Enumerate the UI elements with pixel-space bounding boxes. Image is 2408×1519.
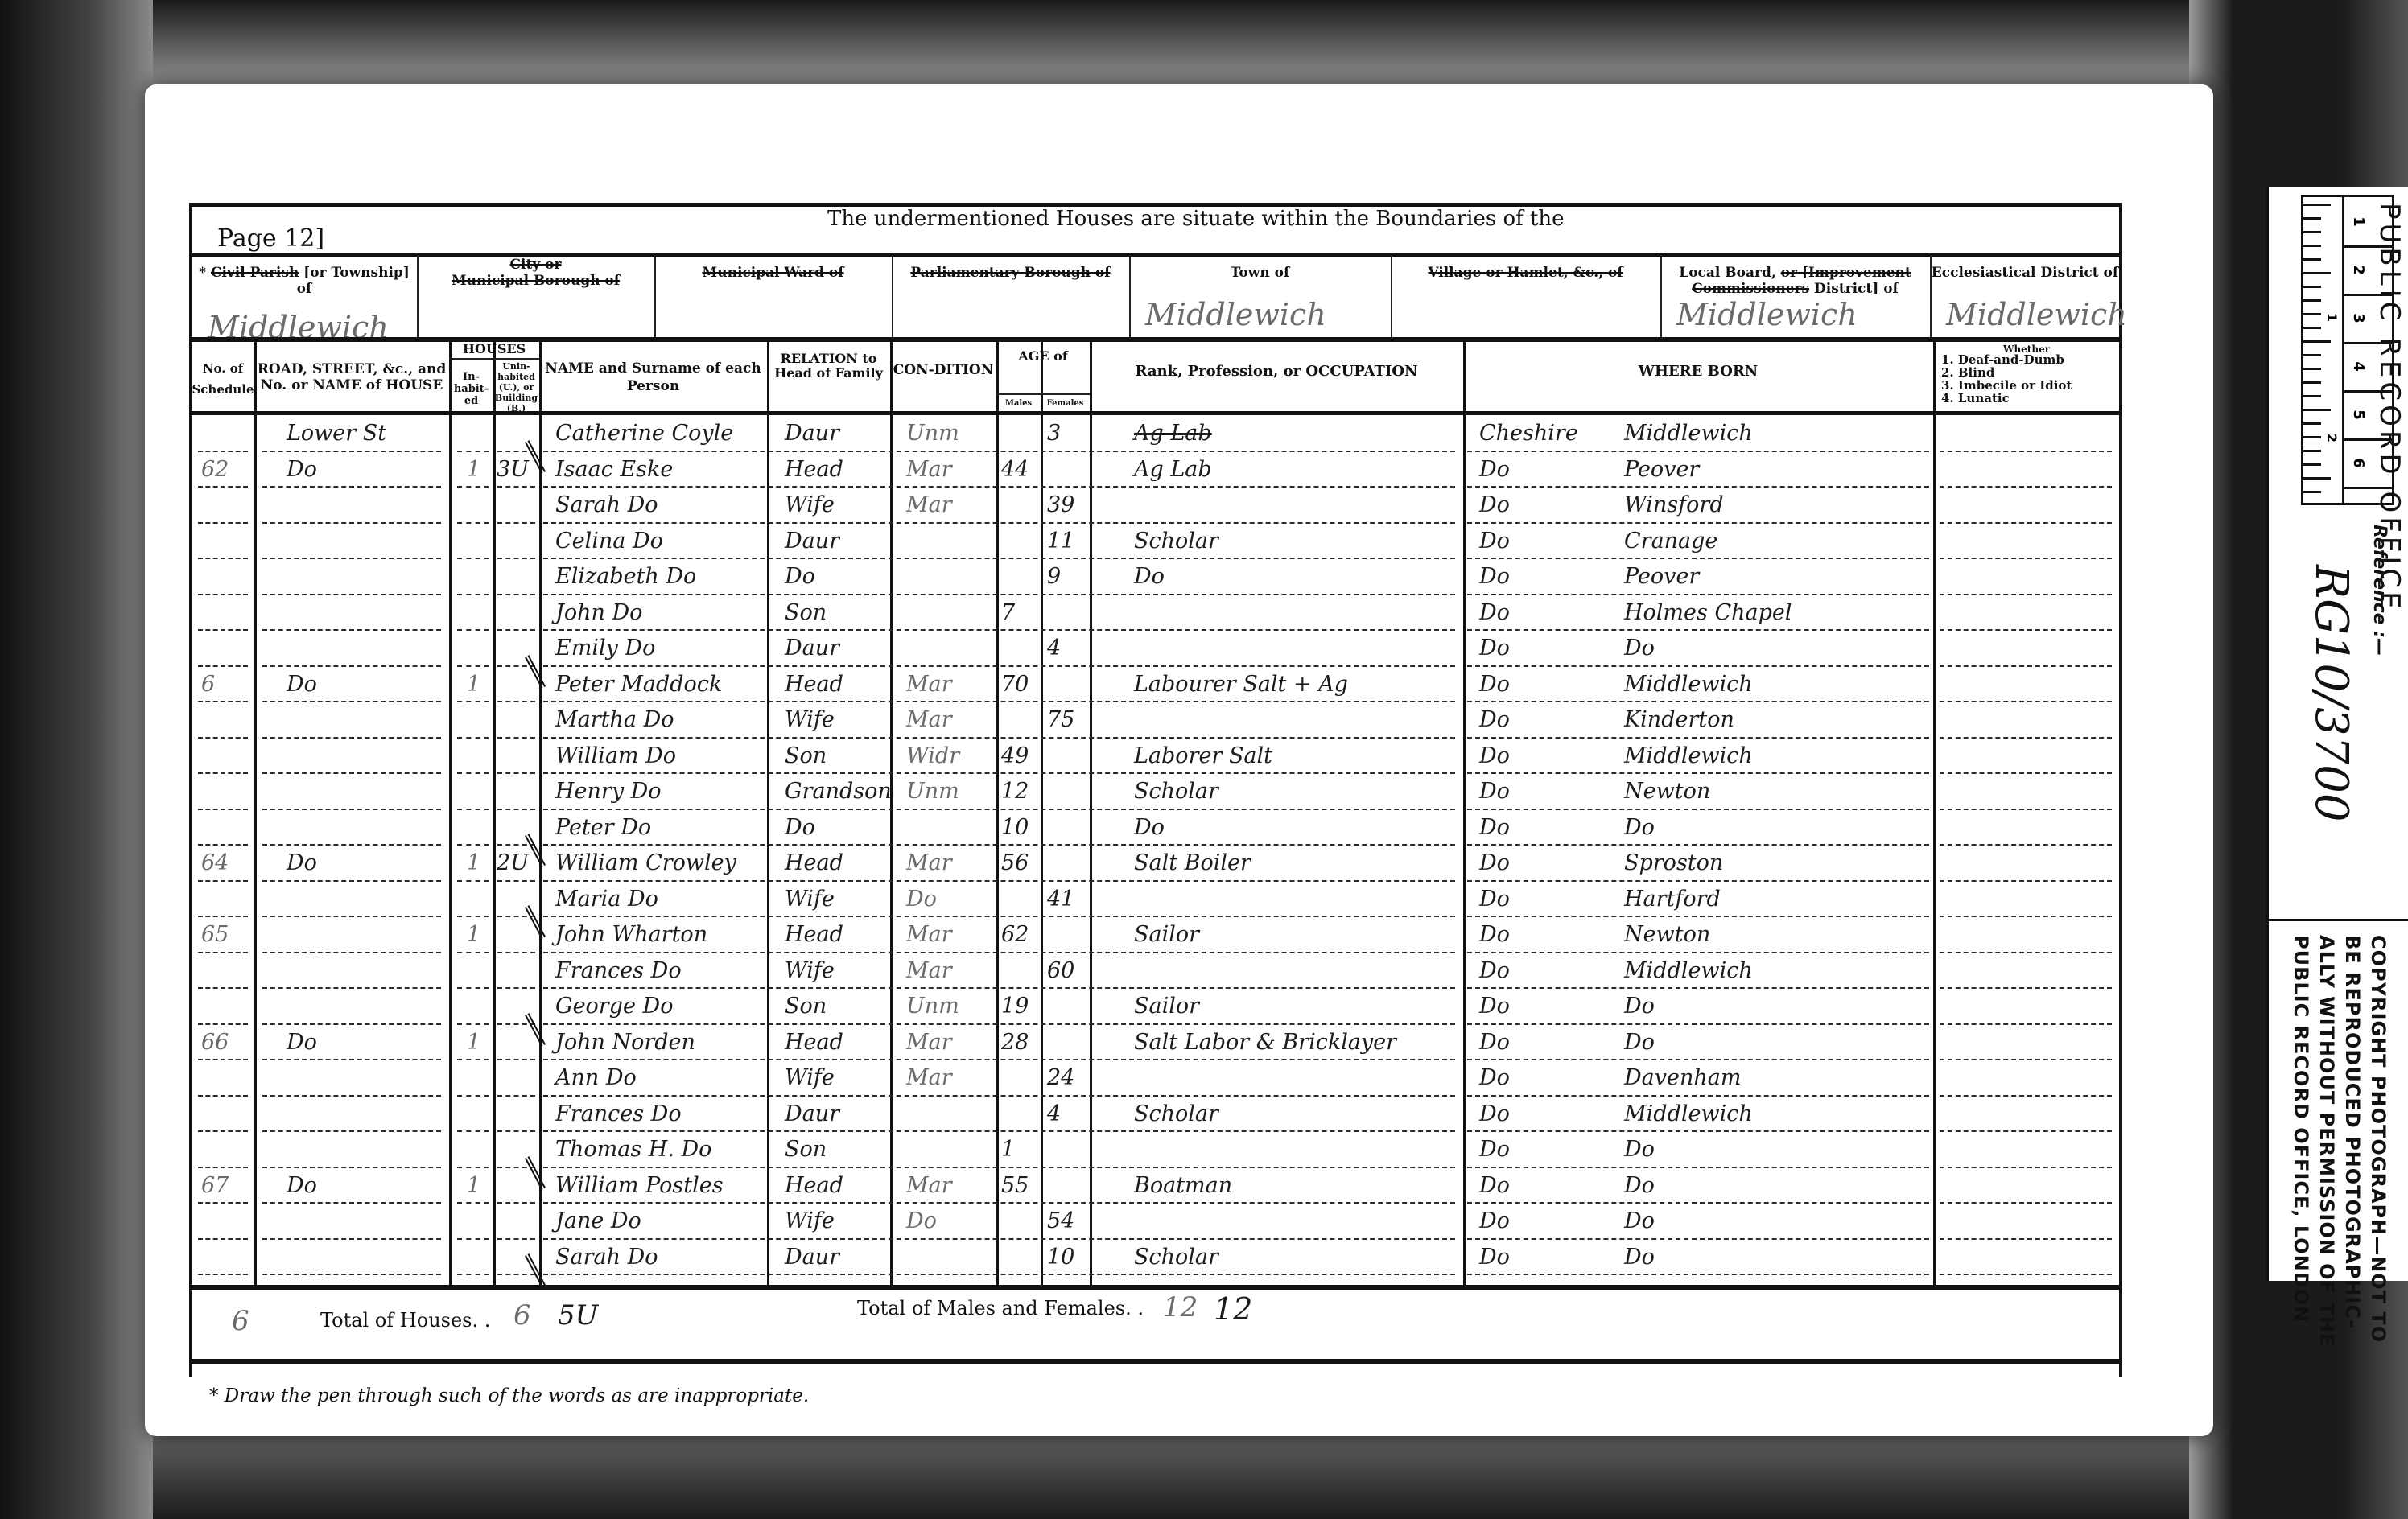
born-place-cell: Do — [1624, 994, 1930, 1019]
row-rule — [1940, 987, 2112, 989]
row-rule — [497, 701, 535, 702]
header-age: AGE of — [996, 348, 1090, 364]
row-rule — [497, 594, 535, 595]
divider — [192, 411, 2120, 415]
row-rule — [543, 486, 1455, 488]
ruler-cm-line — [2342, 342, 2392, 344]
male-age-cell: 19 — [1001, 994, 1040, 1019]
row-rule — [457, 1202, 489, 1204]
household-separator-mark — [525, 1013, 546, 1047]
male-age-cell: 7 — [1001, 600, 1040, 625]
condition-cell: Do — [906, 887, 995, 912]
copyright-line: BE REPRODUCED PHOTOGRAPHIC- — [2341, 935, 2364, 1328]
division-label: * Civil Parish [or Township] of — [192, 265, 417, 297]
row-rule — [497, 772, 535, 774]
occupation-cell: Labourer Salt + Ag — [1134, 672, 1456, 697]
header-inhabited: In-habit-ed — [449, 371, 493, 407]
row-rule — [1467, 737, 1929, 739]
born-place-cell: Middlewich — [1624, 958, 1930, 983]
road-cell: Do — [287, 457, 447, 482]
name-cell: Frances Do — [555, 1101, 773, 1126]
column-divider — [1463, 339, 1466, 1285]
row-rule — [198, 916, 248, 917]
condition-cell: Unm — [906, 779, 995, 804]
name-cell: Isaac Eske — [555, 457, 773, 482]
ruler-inch-label: 1 — [2324, 313, 2340, 322]
name-cell: Frances Do — [555, 958, 773, 983]
row-rule — [1467, 1059, 1929, 1060]
row-rule — [1940, 1059, 2112, 1060]
division-value: Middlewich — [1676, 297, 1858, 332]
ruler-tick — [2303, 245, 2321, 247]
relation-cell: Do — [785, 564, 889, 589]
condition-cell: Mar — [906, 672, 995, 697]
ruler-cm-line — [2342, 390, 2392, 393]
relation-cell: Head — [785, 1030, 889, 1055]
division-label: Local Board, or [Improvement Commissione… — [1660, 265, 1930, 297]
row-rule — [457, 1238, 489, 1240]
inhabited-cell: 1 — [467, 922, 491, 947]
row-rule — [262, 1274, 441, 1275]
division-label: Village or Hamlet, &c., of — [1391, 265, 1660, 281]
occupation-cell: Scholar — [1134, 779, 1456, 804]
row-rule — [457, 809, 489, 810]
label-text: Town of — [1231, 265, 1290, 281]
ruler-tick — [2303, 368, 2321, 370]
row-rule — [457, 665, 489, 667]
name-cell: Martha Do — [555, 707, 773, 732]
name-cell: William Crowley — [555, 850, 773, 875]
row-rule — [198, 987, 248, 989]
division-label: City orMunicipal Borough of — [417, 257, 654, 289]
row-rule — [198, 880, 248, 882]
name-cell: Jane Do — [555, 1208, 773, 1233]
row-rule — [457, 451, 489, 452]
relation-cell: Daur — [785, 529, 889, 554]
row-rule — [497, 558, 535, 559]
row-rule — [543, 629, 1455, 631]
born-county-cell: Do — [1479, 707, 1576, 732]
struck-label: City or — [510, 257, 562, 273]
ruler-cm-line — [2342, 487, 2392, 489]
condition-cell: Mar — [906, 1173, 995, 1198]
ruler-tick — [2303, 436, 2321, 438]
road-cell: Do — [287, 1173, 447, 1198]
row-rule — [262, 772, 441, 774]
copyright-line: COPYRIGHT PHOTOGRAPH—NOT TO — [2367, 935, 2389, 1343]
row-rule — [1467, 701, 1929, 702]
row-rule — [262, 952, 441, 953]
relation-cell: Head — [785, 850, 889, 875]
relation-cell: Daur — [785, 636, 889, 661]
row-rule — [1940, 451, 2112, 452]
row-rule — [198, 486, 248, 488]
occupation-cell: Laborer Salt — [1134, 743, 1456, 768]
name-cell: Thomas H. Do — [555, 1137, 773, 1162]
born-county-cell: Do — [1479, 529, 1576, 554]
photo-border-top — [0, 0, 2408, 97]
row-rule — [1467, 522, 1929, 524]
born-place-cell: Sproston — [1624, 850, 1930, 875]
row-rule — [1940, 809, 2112, 810]
ruler-cm-label: 6 — [2350, 458, 2367, 468]
name-cell: Maria Do — [555, 887, 773, 912]
name-cell: Emily Do — [555, 636, 773, 661]
row-rule — [497, 522, 535, 524]
born-county-cell: Do — [1479, 457, 1576, 482]
born-place-cell: Middlewich — [1624, 743, 1930, 768]
born-county-cell: Do — [1479, 887, 1576, 912]
row-rule — [543, 665, 1455, 667]
infirmity-item: 1. Deaf-and-Dumb — [1941, 353, 2072, 366]
condition-cell: Mar — [906, 958, 995, 983]
column-divider — [1933, 339, 1936, 1285]
row-rule — [262, 486, 441, 488]
ruler-tick — [2303, 313, 2321, 315]
copyright-line: ALLY WITHOUT PERMISSION OF THE — [2315, 935, 2338, 1347]
born-county-cell: Do — [1479, 636, 1576, 661]
occupation-cell: Scholar — [1134, 529, 1456, 554]
ruler-tick — [2303, 450, 2321, 452]
row-rule — [543, 1059, 1455, 1060]
row-rule — [262, 1023, 441, 1025]
total-schedules: 6 — [232, 1305, 249, 1337]
born-place-cell: Do — [1624, 1030, 1930, 1055]
ruler-cm-label: 5 — [2350, 410, 2367, 420]
header-name: NAME and Surname of each Person — [539, 360, 767, 395]
row-rule — [1467, 1095, 1929, 1097]
condition-cell: Do — [906, 1208, 995, 1233]
name-cell: Celina Do — [555, 529, 773, 554]
row-rule — [198, 665, 248, 667]
photo-border-left — [0, 0, 153, 1519]
schedule-number: 65 — [201, 922, 249, 947]
relation-cell: Wife — [785, 958, 889, 983]
female-age-cell: 4 — [1047, 1101, 1089, 1126]
row-rule — [457, 1095, 489, 1097]
row-rule — [457, 486, 489, 488]
occupation-cell: Salt Boiler — [1134, 850, 1456, 875]
label-text: Ecclesiastical District of — [1932, 265, 2118, 281]
male-age-cell: 55 — [1001, 1173, 1040, 1198]
ruler-tick — [2303, 231, 2321, 233]
header-females: Females — [1041, 397, 1090, 411]
row-rule — [497, 809, 535, 810]
male-age-cell: 28 — [1001, 1030, 1040, 1055]
ruler-tick — [2303, 395, 2321, 397]
ruler-inch-label: 2 — [2324, 434, 2340, 443]
row-rule — [543, 1095, 1455, 1097]
row-rule — [1940, 1130, 2112, 1132]
ruler-tick — [2303, 299, 2321, 302]
relation-cell: Wife — [785, 1208, 889, 1233]
row-rule — [1940, 772, 2112, 774]
row-rule — [457, 1167, 489, 1168]
relation-cell: Daur — [785, 421, 889, 446]
row-rule — [198, 451, 248, 452]
row-rule — [457, 1059, 489, 1060]
row-rule — [1940, 952, 2112, 953]
condition-cell: Unm — [906, 421, 995, 446]
row-rule — [262, 737, 441, 739]
total-inhabited: 6 — [513, 1299, 531, 1332]
row-rule — [1467, 1202, 1929, 1204]
born-place-cell: Do — [1624, 1137, 1930, 1162]
row-rule — [1940, 1095, 2112, 1097]
name-cell: John Wharton — [555, 922, 773, 947]
born-county-cell: Do — [1479, 743, 1576, 768]
ruler-cm-line — [2342, 438, 2392, 441]
divider — [192, 1285, 2120, 1290]
row-rule — [543, 701, 1455, 702]
road-cell: Do — [287, 850, 447, 875]
row-rule — [457, 558, 489, 559]
row-rule — [1940, 844, 2112, 846]
ruler-cm-label: 3 — [2350, 313, 2367, 323]
divider — [2269, 919, 2408, 921]
row-rule — [262, 809, 441, 810]
row-rule — [497, 952, 535, 953]
total-males: 12 — [1163, 1291, 1198, 1323]
name-cell: Ann Do — [555, 1065, 773, 1090]
row-rule — [1467, 880, 1929, 882]
header-houses: HOUSES — [449, 342, 539, 356]
row-rule — [457, 1274, 489, 1275]
road-cell: Do — [287, 1030, 447, 1055]
row-rule — [457, 952, 489, 953]
ruler-cm-label: 1 — [2350, 216, 2367, 227]
row-rule — [198, 522, 248, 524]
row-rule — [262, 880, 441, 882]
header-title: The undermentioned Houses are situate wi… — [827, 207, 1565, 231]
born-county-cell: Do — [1479, 994, 1576, 1019]
row-rule — [198, 737, 248, 739]
row-rule — [1467, 1130, 1929, 1132]
condition-cell: Mar — [906, 457, 995, 482]
page-label: Page 12] — [217, 224, 324, 253]
condition-cell: Mar — [906, 1030, 995, 1055]
column-divider — [539, 339, 542, 1285]
name-cell: George Do — [555, 994, 773, 1019]
born-county-cell: Do — [1479, 1245, 1576, 1270]
row-rule — [1467, 844, 1929, 846]
row-rule — [543, 809, 1455, 810]
row-rule — [543, 844, 1455, 846]
born-place-cell: Holmes Chapel — [1624, 600, 1930, 625]
female-age-cell: 60 — [1047, 958, 1089, 983]
row-rule — [1940, 1274, 2112, 1275]
born-place-cell: Peover — [1624, 564, 1930, 589]
row-rule — [198, 809, 248, 810]
row-rule — [198, 1274, 248, 1275]
name-cell: John Do — [555, 600, 773, 625]
occupation-cell: Ag Lab — [1134, 457, 1456, 482]
row-rule — [1467, 1023, 1929, 1025]
division-value: Middlewich — [1145, 297, 1326, 332]
ruler-tick — [2303, 258, 2321, 261]
row-rule — [497, 1059, 535, 1060]
row-rule — [543, 1167, 1455, 1168]
row-rule — [1940, 1167, 2112, 1168]
occupation-cell: Sailor — [1134, 994, 1456, 1019]
column-divider — [1090, 339, 1092, 1285]
occupation-cell: Do — [1134, 564, 1456, 589]
row-rule — [543, 1238, 1455, 1240]
born-place-cell: Middlewich — [1624, 672, 1930, 697]
relation-cell: Wife — [785, 1065, 889, 1090]
household-separator-mark — [525, 905, 546, 939]
condition-cell: Mar — [906, 492, 995, 517]
column-divider — [1041, 339, 1043, 1285]
ruler-cm-line — [2342, 294, 2392, 296]
row-rule — [198, 844, 248, 846]
infirmity-item: 2. Blind — [1941, 366, 2072, 379]
total-females: 12 — [1214, 1291, 1252, 1327]
schedule-number: 66 — [201, 1030, 249, 1055]
occupation-cell: Do — [1134, 815, 1456, 840]
row-rule — [262, 1059, 441, 1060]
female-age-cell: 24 — [1047, 1065, 1089, 1090]
reference-label: Reference :— — [2369, 525, 2389, 656]
row-rule — [1940, 486, 2112, 488]
row-rule — [262, 522, 441, 524]
born-place-cell: Hartford — [1624, 887, 1930, 912]
row-rule — [198, 952, 248, 953]
row-rule — [497, 486, 535, 488]
header-condition: CON-DITION — [890, 361, 996, 379]
relation-cell: Do — [785, 815, 889, 840]
row-rule — [1940, 558, 2112, 559]
row-rule — [198, 558, 248, 559]
row-rule — [543, 1130, 1455, 1132]
ruler-tick — [2303, 381, 2321, 384]
male-age-cell: 12 — [1001, 779, 1040, 804]
relation-cell: Head — [785, 922, 889, 947]
born-place-cell: Do — [1624, 636, 1930, 661]
ruler-tick — [2303, 204, 2331, 206]
inhabited-cell: 1 — [467, 457, 491, 482]
born-county-cell: Do — [1479, 1101, 1576, 1126]
inhabited-cell: 1 — [467, 672, 491, 697]
occupation-cell: Salt Labor & Bricklayer — [1134, 1030, 1456, 1055]
male-age-cell: 44 — [1001, 457, 1040, 482]
condition-cell: Unm — [906, 994, 995, 1019]
born-county-cell: Do — [1479, 1208, 1576, 1233]
row-rule — [1467, 987, 1929, 989]
born-county-cell: Do — [1479, 1173, 1576, 1198]
occupation-cell: Scholar — [1134, 1245, 1456, 1270]
inhabited-cell: 1 — [467, 1173, 491, 1198]
relation-cell: Head — [785, 672, 889, 697]
struck-label: Parliamentary Borough of — [910, 265, 1110, 281]
division-value: Middlewich — [1946, 297, 2127, 332]
row-rule — [262, 1202, 441, 1204]
row-rule — [198, 1238, 248, 1240]
column-divider — [254, 339, 257, 1285]
struck-label: Village or Hamlet, &c., of — [1428, 265, 1623, 281]
male-age-cell: 1 — [1001, 1137, 1040, 1162]
female-age-cell: 4 — [1047, 636, 1089, 661]
ruler-tick — [2303, 327, 2321, 329]
schedule-number: 62 — [201, 457, 249, 482]
header-infirmities-list: 1. Deaf-and-Dumb2. Blind3. Imbecile or I… — [1941, 353, 2072, 405]
female-age-cell: 75 — [1047, 707, 1089, 732]
row-rule — [1467, 952, 1929, 953]
ruler-tick — [2303, 463, 2321, 466]
name-cell: William Postles — [555, 1173, 773, 1198]
occupation-cell: Boatman — [1134, 1173, 1456, 1198]
female-age-cell: 3 — [1047, 421, 1089, 446]
row-rule — [198, 1167, 248, 1168]
born-place-cell: Newton — [1624, 922, 1930, 947]
row-rule — [1467, 809, 1929, 810]
condition-cell: Mar — [906, 850, 995, 875]
female-age-cell: 11 — [1047, 529, 1089, 554]
name-cell: Peter Maddock — [555, 672, 773, 697]
uninhabited-cell: 2U — [497, 850, 537, 875]
name-cell: Sarah Do — [555, 1245, 773, 1270]
row-rule — [457, 522, 489, 524]
ruler-cm-label: 4 — [2350, 361, 2367, 372]
ruler-tick — [2303, 286, 2321, 288]
born-place-cell: Winsford — [1624, 492, 1930, 517]
born-county-cell: Do — [1479, 564, 1576, 589]
condition-cell: Widr — [906, 743, 995, 768]
census-form: Page 12] The undermentioned Houses are s… — [189, 203, 2122, 1377]
ruler-tick — [2303, 217, 2321, 220]
row-rule — [262, 665, 441, 667]
row-rule — [1467, 486, 1929, 488]
row-rule — [1940, 880, 2112, 882]
name-cell: Henry Do — [555, 779, 773, 804]
born-county-cell: Do — [1479, 850, 1576, 875]
schedule-number: 64 — [201, 850, 249, 875]
column-divider — [493, 339, 496, 1285]
born-place-cell: Do — [1624, 1173, 1930, 1198]
relation-cell: Wife — [785, 492, 889, 517]
male-age-cell: 56 — [1001, 850, 1040, 875]
row-rule — [1467, 558, 1929, 559]
row-rule — [497, 1238, 535, 1240]
born-place-cell: Peover — [1624, 457, 1930, 482]
row-rule — [457, 629, 489, 631]
header-males: Males — [996, 397, 1041, 411]
row-rule — [457, 594, 489, 595]
row-rule — [1940, 594, 2112, 595]
row-rule — [1467, 1167, 1929, 1168]
row-rule — [262, 701, 441, 702]
row-rule — [543, 1023, 1455, 1025]
row-rule — [457, 916, 489, 917]
row-rule — [198, 1095, 248, 1097]
ruler-tick — [2303, 477, 2331, 480]
born-county-cell: Do — [1479, 922, 1576, 947]
column-divider — [449, 339, 451, 1285]
ruler-tick — [2303, 340, 2331, 343]
row-rule — [262, 1095, 441, 1097]
row-rule — [543, 1274, 1455, 1275]
row-rule — [1940, 737, 2112, 739]
name-cell: John Norden — [555, 1030, 773, 1055]
column-divider — [996, 339, 999, 1285]
row-rule — [497, 880, 535, 882]
born-county-cell: Do — [1479, 492, 1576, 517]
born-county-cell: Cheshire — [1479, 421, 1576, 446]
ruler-cm-line — [2342, 245, 2392, 248]
household-separator-mark — [525, 1253, 546, 1287]
row-rule — [543, 594, 1455, 595]
row-rule — [543, 558, 1455, 559]
